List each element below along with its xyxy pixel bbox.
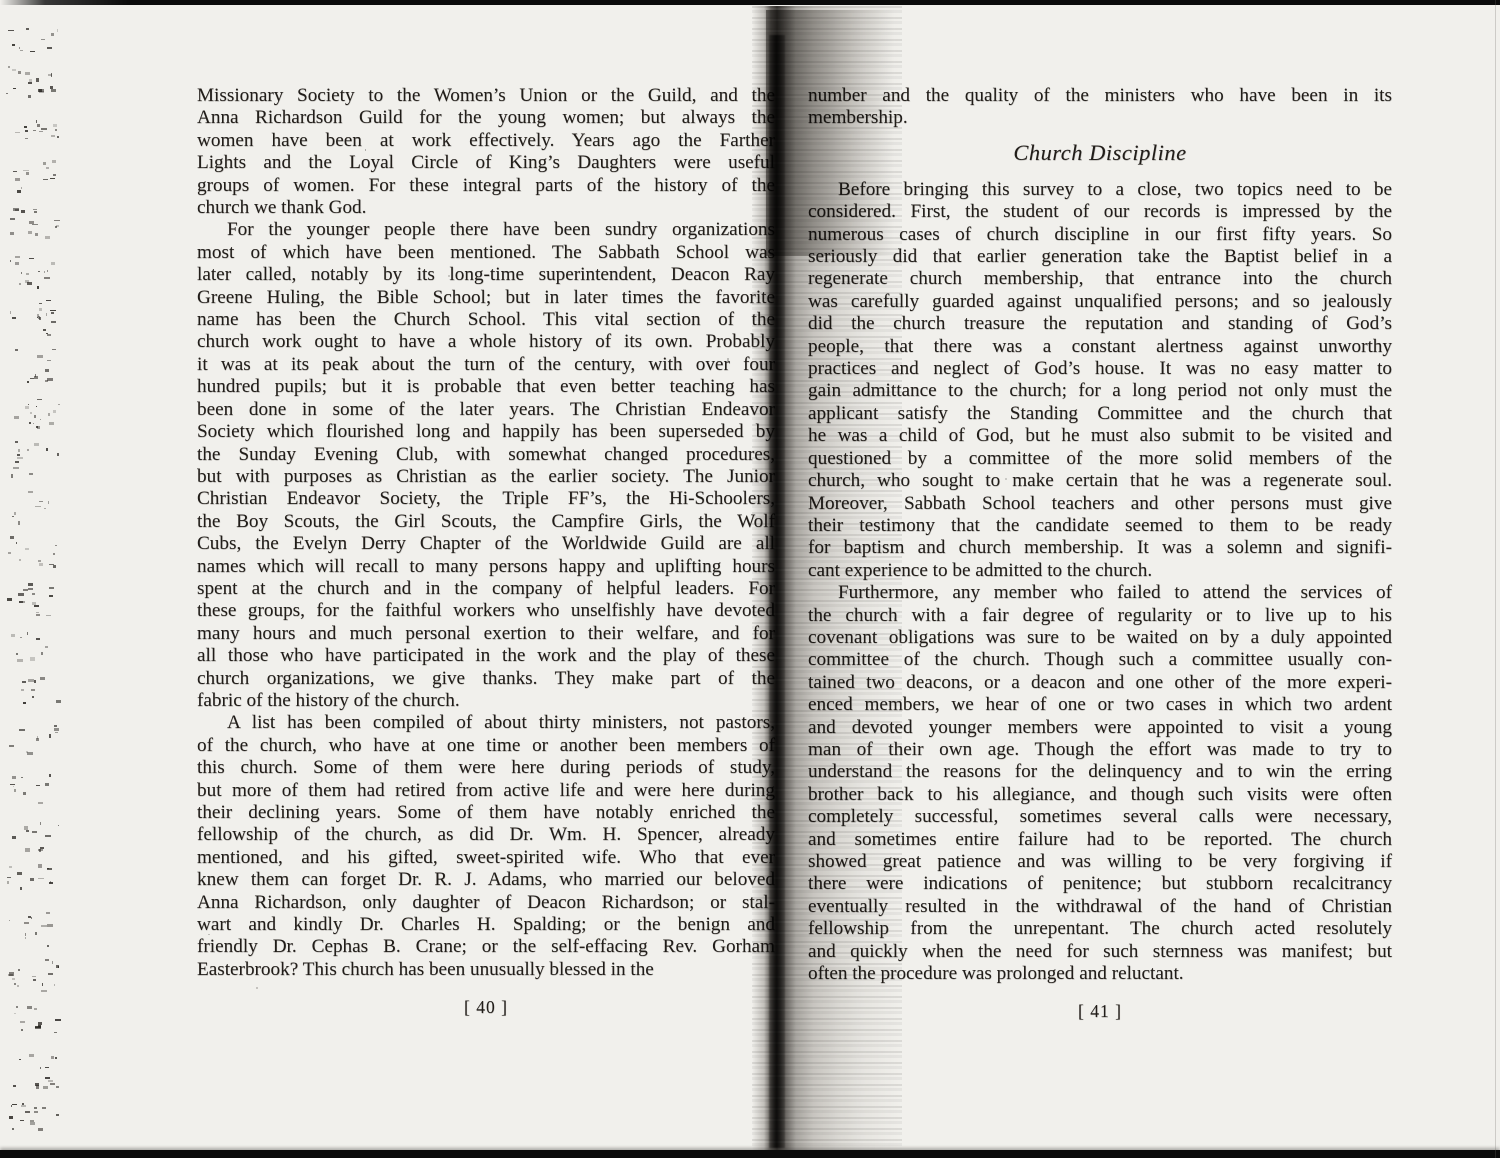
speckle — [25, 406, 29, 409]
speckle — [57, 136, 59, 138]
speckle — [21, 272, 22, 274]
text-line: mentioned, and his gifted, sweet-spirite… — [197, 847, 775, 869]
speckle — [49, 595, 54, 597]
speckle — [38, 802, 44, 804]
speckle — [22, 1103, 24, 1105]
speckle — [53, 124, 57, 126]
speckle — [26, 751, 28, 753]
speckle — [51, 89, 56, 92]
section-heading: Church Discipline — [808, 140, 1392, 166]
speckle — [35, 506, 41, 507]
speckle — [25, 72, 30, 75]
speckle — [11, 1105, 12, 1106]
speckle — [54, 220, 60, 221]
text-line: the Sunday Evening Club, with somewhat c… — [197, 444, 775, 466]
text-line: Furthermore, any member who failed to at… — [808, 582, 1392, 604]
text-line: practices and neglect of God’s house. It… — [808, 358, 1392, 380]
speckle — [32, 224, 38, 225]
speckle — [9, 920, 10, 921]
speckle — [40, 822, 42, 825]
text-line: name has been the Church School. This vi… — [197, 309, 775, 331]
speckle — [50, 86, 53, 88]
speckle — [28, 916, 31, 917]
speckle — [12, 836, 15, 839]
speckle — [12, 978, 16, 980]
speckle — [56, 965, 59, 968]
speckle — [45, 1077, 50, 1079]
speckle — [12, 1128, 15, 1130]
text-line: Anna Richardson, only daughter of Deacon… — [197, 892, 775, 914]
speckle — [28, 491, 33, 493]
text-line: all those who have participated in the w… — [197, 645, 775, 667]
speckle — [45, 835, 51, 837]
speckle — [10, 218, 16, 219]
text-line: numerous cases of church discipline in o… — [808, 224, 1392, 246]
speckle — [47, 924, 53, 927]
text-line: A list has been compiled of about thirty… — [197, 712, 775, 734]
text-line: for baptism and church membership. It wa… — [808, 537, 1392, 559]
speckle — [18, 449, 20, 452]
speckle — [54, 984, 56, 986]
speckle — [36, 785, 40, 786]
speckle — [15, 209, 19, 211]
speckle — [17, 190, 20, 193]
speckle — [37, 314, 39, 317]
speckle — [39, 91, 44, 93]
speckle — [55, 732, 58, 734]
text-line: man of their own age. Though the effort … — [808, 739, 1392, 761]
speckle — [34, 680, 36, 683]
speckle — [11, 634, 16, 637]
text-line: hundred pupils; but it is probable that … — [197, 376, 775, 398]
text-line: covenant obligations was sure to be wait… — [808, 627, 1392, 649]
speckle — [29, 1054, 34, 1057]
text-line: considered. First, the student of our re… — [808, 201, 1392, 223]
speckle — [27, 282, 32, 285]
text-line: church organizations, we give thanks. Th… — [197, 668, 775, 690]
speckle — [39, 131, 43, 133]
speckle — [52, 961, 54, 964]
speckle — [56, 1114, 60, 1117]
speckle — [33, 209, 37, 210]
speckle — [26, 172, 29, 175]
text-line: completely successful, sometimes several… — [808, 806, 1392, 828]
speckle — [36, 738, 38, 741]
speckle — [25, 1111, 29, 1113]
speckle — [45, 1067, 49, 1068]
speckle — [45, 959, 49, 961]
speckle — [49, 564, 54, 565]
text-line: but with purposes as Christian as the ea… — [197, 466, 775, 488]
text-line: Cubs, the Evelyn Derry Chapter of the Wo… — [197, 533, 775, 555]
speckle — [42, 983, 44, 986]
left-page-text: Missionary Society to the Women’s Union … — [197, 85, 775, 981]
speckle — [55, 226, 56, 228]
text-line: groups of women. For these integral part… — [197, 175, 775, 197]
speckle — [28, 82, 32, 84]
speckle — [54, 728, 59, 731]
speckle — [13, 171, 17, 172]
speckle — [21, 777, 23, 778]
speckle — [49, 734, 51, 737]
book-scan: Missionary Society to the Women’s Union … — [0, 0, 1500, 1158]
text-line: Missionary Society to the Women’s Union … — [197, 85, 775, 107]
text-line: cant experience to be admitted to the ch… — [808, 560, 1392, 582]
speckle — [40, 677, 45, 680]
speckle — [37, 124, 40, 127]
text-line: brother back to his allegiance, and thou… — [808, 784, 1392, 806]
speckle — [24, 826, 28, 829]
text-line: gain admittance to the church; for a lon… — [808, 380, 1392, 402]
speckle — [46, 448, 49, 451]
text-line: showed great patience and was willing to… — [808, 851, 1392, 873]
speckle — [44, 277, 50, 279]
text-line: their declining years. Some of them have… — [197, 802, 775, 824]
speckle — [32, 593, 35, 595]
speckle — [29, 79, 33, 82]
speckle — [28, 679, 33, 682]
speckle — [19, 47, 20, 48]
speckle — [57, 29, 58, 31]
text-line: church, who sought to make certain that … — [808, 470, 1392, 492]
speckle — [36, 614, 40, 616]
speckle — [17, 872, 22, 875]
speckle — [19, 1059, 21, 1061]
speckle — [19, 559, 21, 562]
speckle — [34, 443, 38, 446]
speckle — [16, 653, 18, 655]
speckle — [23, 792, 26, 795]
speckle — [56, 225, 60, 228]
speckle — [40, 847, 44, 849]
speckle — [36, 426, 39, 428]
text-line: and devoted younger members were appoint… — [808, 717, 1392, 739]
text-line: applicant satisfy the Standing Committee… — [808, 403, 1392, 425]
speckle — [7, 881, 9, 884]
text-line: most of which have been mentioned. The S… — [197, 242, 775, 264]
speckle — [26, 830, 28, 832]
speckle — [47, 868, 52, 870]
speckle — [48, 74, 52, 75]
speckle — [12, 776, 16, 779]
speckle — [19, 601, 24, 602]
speckle — [36, 638, 40, 640]
speckle — [46, 300, 51, 301]
text-line: he was a child of God, but he must also … — [808, 425, 1392, 447]
speckle — [27, 752, 33, 755]
text-line: there were indications of penitence; but… — [808, 873, 1392, 895]
speckle — [39, 849, 40, 852]
speckle — [32, 696, 33, 699]
speckle — [12, 516, 14, 517]
speckle — [25, 280, 29, 283]
speckle — [29, 258, 33, 259]
speckle — [21, 1105, 26, 1107]
speckle — [28, 95, 31, 98]
speckle — [38, 864, 43, 867]
speckle — [10, 311, 12, 314]
speckle — [25, 138, 28, 139]
speckle — [47, 378, 53, 381]
speckle — [49, 882, 53, 884]
text-line: it was at its peak about the turn of the… — [197, 354, 775, 376]
speckle — [48, 1080, 53, 1082]
page-number-left: [ 40 ] — [197, 997, 775, 1018]
right-page: number and the quality of the ministers … — [808, 85, 1392, 1022]
speckle — [47, 334, 51, 336]
speckle — [54, 725, 57, 727]
speckle — [33, 423, 34, 424]
speckle — [35, 233, 38, 236]
speckle — [18, 969, 20, 971]
speckle — [8, 30, 14, 31]
speckle — [46, 615, 51, 616]
speckle — [15, 441, 18, 443]
speckle — [56, 700, 62, 702]
speckle — [13, 1085, 17, 1087]
text-line: membership. — [808, 107, 1392, 129]
text-line: Greene Huling, the Bible School; but in … — [197, 287, 775, 309]
speckle — [12, 1104, 17, 1105]
speckle — [37, 736, 39, 739]
speckle — [20, 887, 22, 890]
speckle — [43, 329, 46, 331]
text-line: Moreover, Sabbath School teachers and ot… — [808, 493, 1392, 515]
speckle — [17, 985, 19, 988]
speckle — [51, 135, 55, 137]
speckle — [8, 974, 12, 977]
speckle — [25, 548, 29, 550]
speckle — [38, 89, 42, 92]
speckle — [30, 51, 35, 52]
speckle — [30, 657, 36, 660]
speckle — [30, 378, 34, 379]
speckle — [35, 1026, 41, 1028]
text-line: of the church, who have at one time or a… — [197, 735, 775, 757]
speckle — [37, 426, 40, 429]
speckle — [9, 745, 14, 747]
speckle — [15, 256, 20, 258]
speckle — [38, 849, 44, 851]
speckle — [55, 545, 57, 547]
speckle — [18, 521, 20, 524]
page-number-right: [ 41 ] — [808, 1001, 1392, 1022]
speckle — [13, 786, 14, 787]
speckle — [16, 542, 18, 545]
speckle — [30, 1122, 35, 1125]
speckle — [17, 659, 23, 662]
speckle — [38, 1128, 43, 1131]
speckle — [28, 404, 29, 405]
speckle — [35, 932, 37, 935]
text-line: their testimony that the candidate seeme… — [808, 515, 1392, 537]
speckle — [20, 637, 23, 639]
text-line: fellowship from the unrepentant. The chu… — [808, 918, 1392, 940]
speckle — [28, 583, 33, 586]
speckle — [35, 1027, 41, 1029]
speckle — [20, 1120, 24, 1121]
text-line: the church with a fair degree of regular… — [808, 605, 1392, 627]
speckle — [47, 868, 50, 870]
text-line: Before bringing this survey to a close, … — [808, 179, 1392, 201]
speckle — [38, 560, 41, 562]
speckle — [34, 605, 39, 607]
speckle — [50, 178, 56, 180]
speckle — [39, 501, 43, 502]
speckle — [32, 976, 36, 977]
speckle — [17, 457, 22, 458]
speckle — [10, 784, 15, 785]
text-line: and sometimes entire failure had to be r… — [808, 829, 1392, 851]
speckle — [44, 271, 45, 274]
speckle — [34, 376, 38, 379]
speckle — [18, 71, 21, 74]
speckle — [37, 355, 43, 357]
speckle — [8, 552, 10, 554]
text-line: was carefully guarded against unqualifie… — [808, 291, 1392, 313]
speckle — [38, 1022, 42, 1025]
speckle — [25, 130, 28, 132]
speckle — [51, 321, 56, 323]
speckle — [56, 1086, 59, 1089]
speckle — [36, 1085, 39, 1088]
speckle — [6, 93, 7, 94]
text-line: Anna Richardson Guild for the young wome… — [197, 107, 775, 129]
speckle — [38, 878, 44, 880]
right-page-text: number and the quality of the ministers … — [808, 85, 1392, 985]
speckle — [23, 702, 26, 704]
speckle — [23, 170, 29, 171]
speckle — [11, 474, 13, 477]
speckle — [45, 236, 50, 238]
speckle — [10, 232, 13, 235]
speckle — [31, 917, 32, 919]
speckle — [25, 848, 30, 851]
text-line: women have been at work effectively. Yea… — [197, 130, 775, 152]
speckle — [46, 912, 50, 915]
speckle — [45, 646, 48, 648]
speckle — [21, 187, 22, 189]
text-line: committee of the church. Though such a c… — [808, 649, 1392, 671]
text-line: these groups, for the faithful workers w… — [197, 600, 775, 622]
speckle — [52, 349, 56, 350]
speckle — [25, 933, 26, 936]
speckle — [47, 360, 52, 361]
speckle — [15, 178, 21, 180]
speckle — [12, 44, 15, 46]
speckle — [49, 587, 54, 589]
speckle — [48, 413, 50, 416]
speckle — [37, 286, 39, 289]
speckle — [43, 162, 47, 165]
speckle — [39, 89, 44, 91]
speckle — [49, 422, 54, 425]
speckle — [48, 973, 53, 976]
speckle — [27, 1006, 32, 1009]
speckle — [24, 126, 27, 129]
speckle — [34, 1008, 37, 1010]
speckle — [51, 33, 54, 36]
left-page: Missionary Society to the Women’s Union … — [197, 85, 775, 1018]
text-line: church we thank God. — [197, 197, 775, 219]
text-line: For the younger people there have been s… — [197, 219, 775, 241]
speckle — [15, 349, 19, 351]
speckle — [15, 132, 20, 133]
speckle — [51, 262, 56, 265]
speckle — [35, 1083, 39, 1086]
text-line: spent at the church and in the company o… — [197, 578, 775, 600]
text-line: but more of them had retired from active… — [197, 780, 775, 802]
text-line: did the church treasure the reputation a… — [808, 313, 1392, 335]
speckle — [39, 303, 41, 304]
speckle — [45, 380, 48, 382]
speckle — [19, 729, 25, 731]
speckle — [50, 310, 56, 311]
scan-edge-top-bar — [0, 0, 1500, 5]
text-line: eventually resulted in the withdrawal of… — [808, 896, 1392, 918]
speckle — [57, 453, 59, 456]
speckle — [10, 260, 11, 263]
speckle — [26, 273, 29, 275]
speckle — [41, 128, 47, 130]
speckle — [30, 1120, 34, 1122]
speckle — [48, 501, 49, 504]
speckle — [29, 473, 33, 476]
speckle — [30, 878, 34, 881]
text-line: fabric of the history of the church. — [197, 690, 775, 712]
speckle — [46, 167, 49, 169]
speckle — [41, 990, 46, 992]
text-line: number and the quality of the ministers … — [808, 85, 1392, 107]
speckle — [20, 50, 23, 51]
text-line: Easterbrook? This church has been unusua… — [197, 959, 775, 981]
speckle — [34, 415, 36, 417]
speckle — [46, 333, 48, 334]
speckle — [33, 130, 36, 131]
text-line: church work ought to have a whole histor… — [197, 331, 775, 353]
speckle — [14, 789, 16, 792]
speckle — [36, 612, 39, 613]
speckle — [32, 831, 37, 832]
speckle — [55, 1057, 57, 1059]
text-line: fellowship of the church, as did Dr. Wm.… — [197, 824, 775, 846]
text-line: been done in some of the later years. Th… — [197, 399, 775, 421]
speckle — [50, 881, 52, 883]
speckle — [25, 937, 26, 940]
speckle — [39, 563, 44, 566]
speckle — [7, 877, 10, 878]
speckle — [34, 211, 37, 212]
speckle — [36, 120, 38, 123]
speckle — [12, 69, 16, 71]
text-line: questioned by a committee of the more so… — [808, 448, 1392, 470]
scan-edge-right-line — [1495, 0, 1496, 1158]
text-line: many hours and much personal exertion to… — [197, 623, 775, 645]
speckle — [28, 588, 33, 590]
speckle — [45, 369, 48, 372]
speckle — [49, 774, 51, 777]
speckle — [37, 399, 41, 400]
speckle — [54, 1032, 57, 1033]
speckle — [55, 129, 57, 132]
speckle — [26, 28, 29, 31]
speckle — [43, 179, 48, 180]
speckle — [15, 262, 20, 265]
text-line: tained two deacons, or a deacon and one … — [808, 672, 1392, 694]
speckle — [38, 316, 40, 319]
speckle — [51, 73, 52, 76]
speckle — [34, 1107, 37, 1109]
